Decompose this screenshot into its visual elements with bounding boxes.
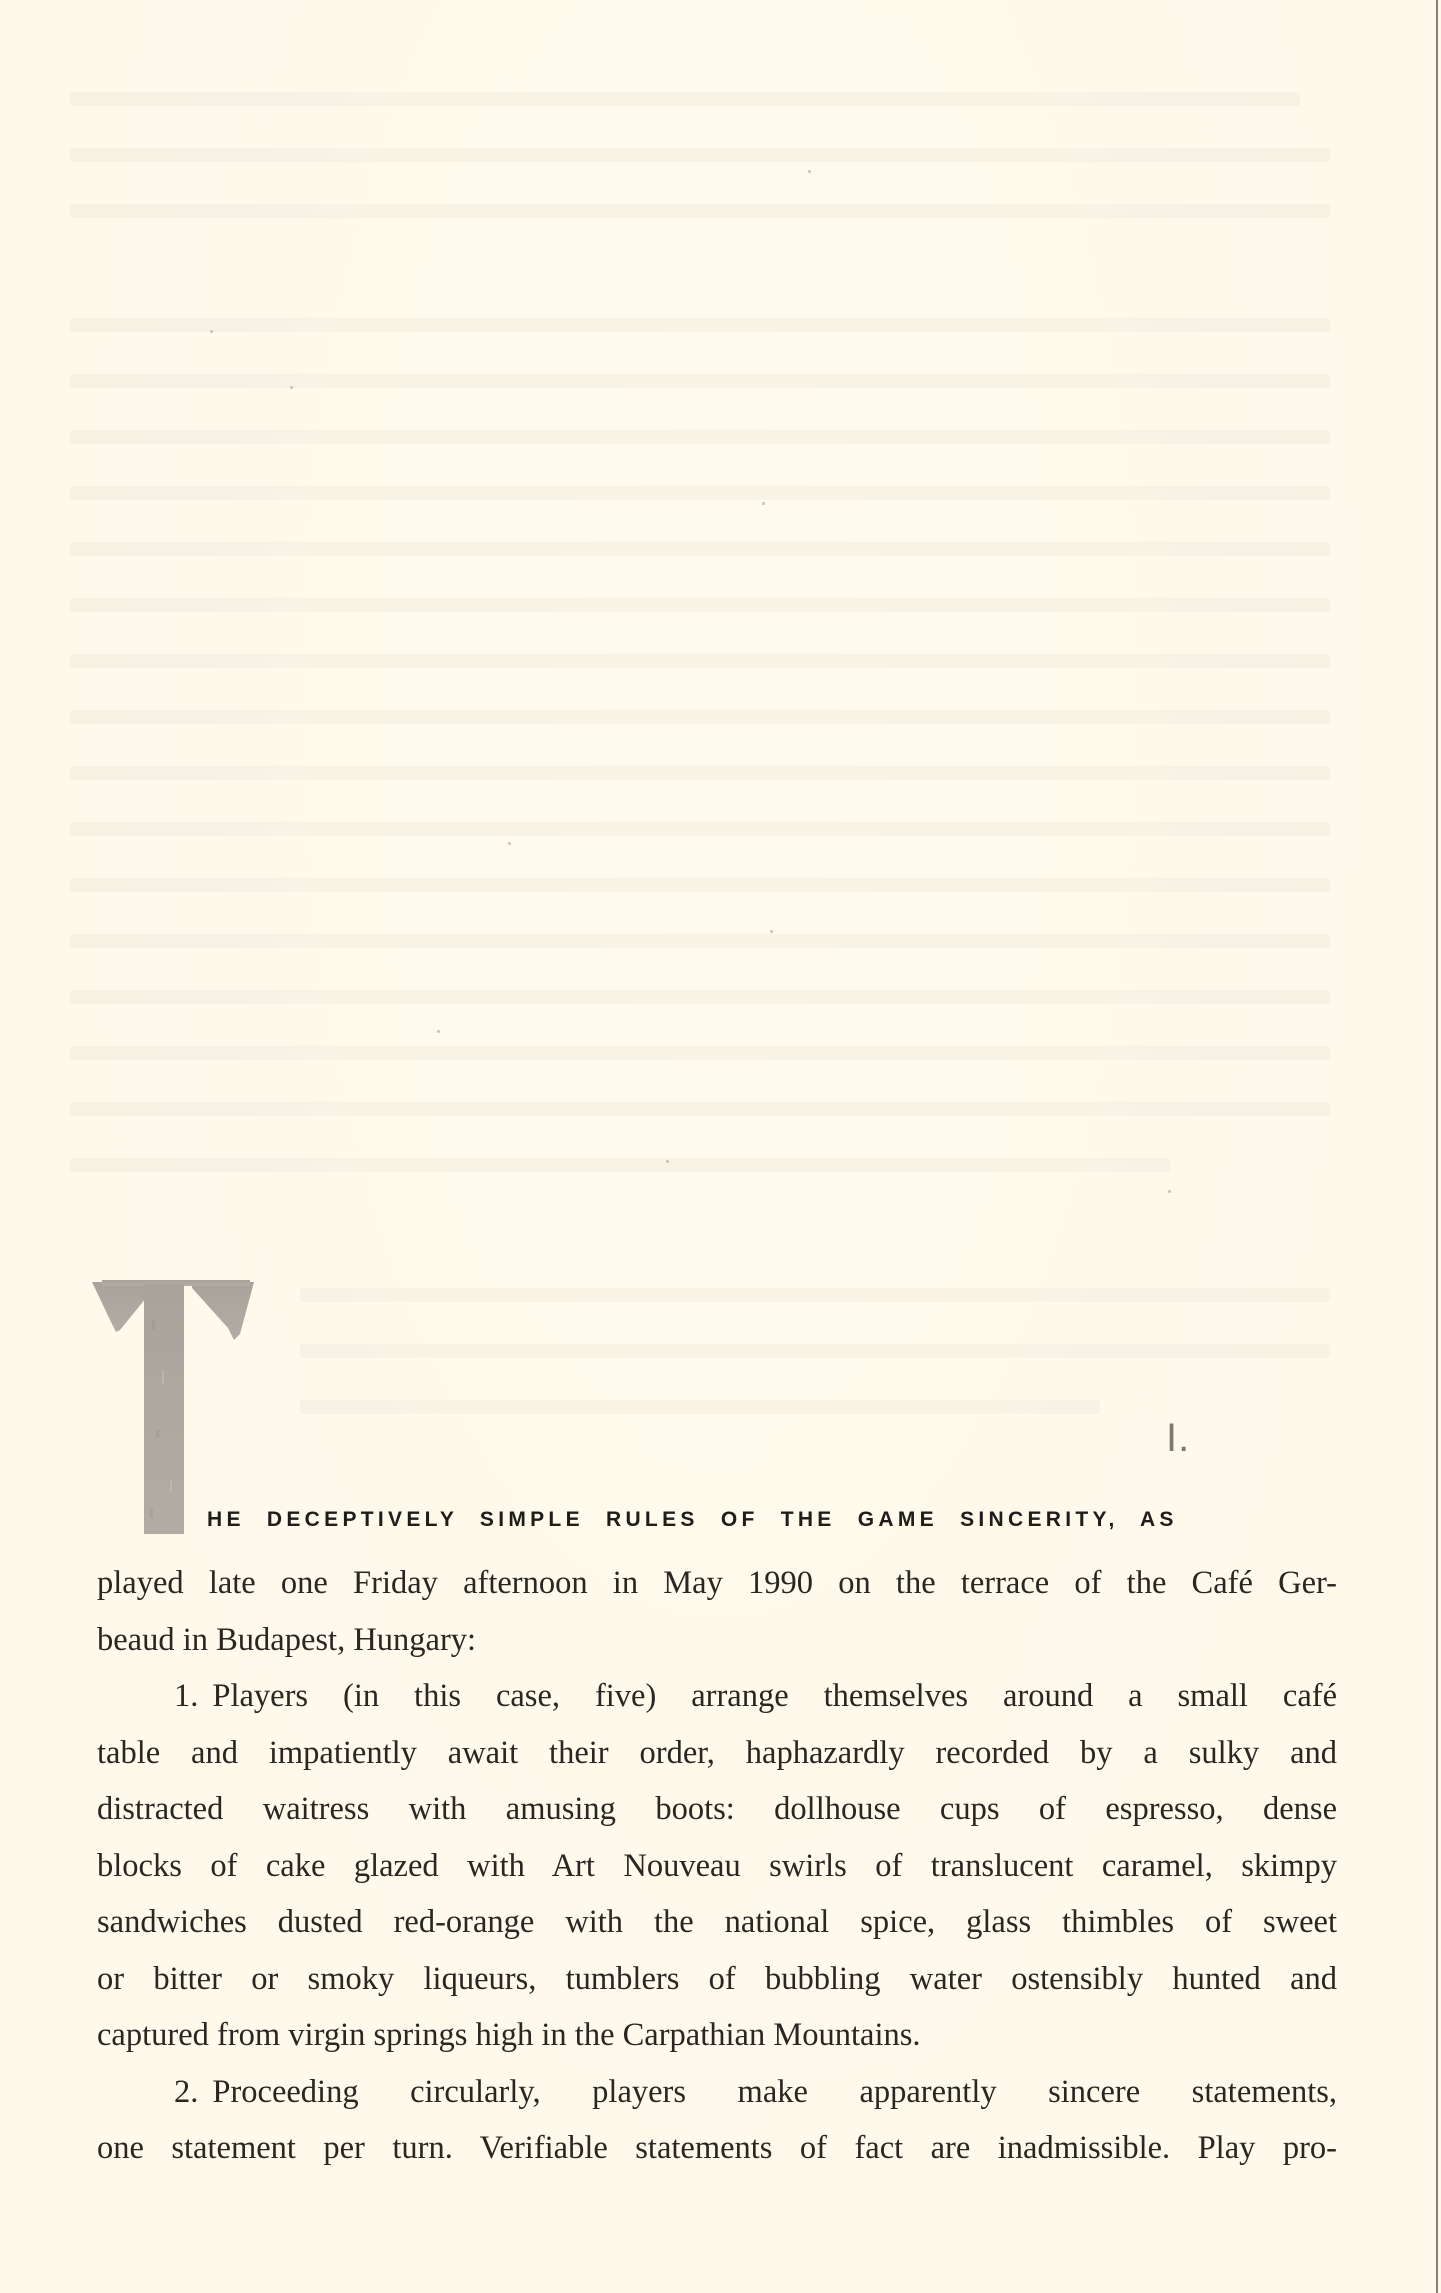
text-line: or bitter or smoky liqueurs, tumblers of…: [97, 1951, 1337, 2008]
bleed-through-line: [70, 766, 1330, 780]
text-line: blocks of cake glazed with Art Nouveau s…: [97, 1838, 1337, 1895]
bleed-through-line: [300, 1288, 1330, 1302]
text-line: played late one Friday afternoon in May …: [97, 1555, 1337, 1612]
body-text: played late one Friday afternoon in May …: [97, 1555, 1337, 2177]
bleed-through-line: [70, 654, 1330, 668]
text-line: table and impatiently await their order,…: [97, 1725, 1337, 1782]
bleed-through-line: [70, 92, 1300, 106]
rule-text: Players (in this case, five) arrange the…: [212, 1678, 1337, 1714]
drop-cap-letter-t-icon: [92, 1280, 254, 1540]
bleed-through-line: [70, 1158, 1170, 1172]
bleed-through-line: [70, 542, 1330, 556]
book-page: I. HE DECEPTIVELY SIMPLE: [0, 0, 1441, 2293]
text-line: captured from virgin springs high in the…: [97, 2007, 1337, 2064]
bleed-through-line: [300, 1344, 1330, 1358]
text-line: distracted waitress with amusing boots: …: [97, 1781, 1337, 1838]
chapter-lead-in: HE DECEPTIVELY SIMPLE RULES OF THE GAME …: [207, 1508, 1338, 1532]
rule-item-2: 2.Proceeding circularly, players make ap…: [97, 2064, 1337, 2177]
scan-speck: [762, 502, 765, 505]
scan-speck: [666, 1160, 669, 1163]
text-line: sandwiches dusted red-orange with the na…: [97, 1894, 1337, 1951]
scan-speck: [770, 930, 773, 933]
bleed-through-line: [70, 934, 1330, 948]
scan-speck: [808, 170, 811, 173]
text-line: beaud in Budapest, Hungary:: [97, 1612, 1337, 1669]
text-line: 1.Players (in this case, five) arrange t…: [97, 1668, 1337, 1725]
rule-number: 2.: [174, 2064, 198, 2121]
scan-speck: [210, 330, 213, 333]
bleed-through-line: [70, 822, 1330, 836]
rule-item-1: 1.Players (in this case, five) arrange t…: [97, 1668, 1337, 2064]
bleed-through-line: [300, 1400, 1100, 1414]
bleed-through-line: [70, 374, 1330, 388]
chapter-numeral: I.: [1166, 1416, 1190, 1461]
text-line: one statement per turn. Verifiable state…: [97, 2120, 1337, 2177]
bleed-through-line: [70, 1046, 1330, 1060]
scan-speck: [508, 842, 511, 845]
intro-paragraph: played late one Friday afternoon in May …: [97, 1555, 1337, 1668]
scan-speck: [1168, 1190, 1171, 1193]
text-line: 2.Proceeding circularly, players make ap…: [97, 2064, 1337, 2121]
bleed-through-line: [70, 878, 1330, 892]
bleed-through-line: [70, 148, 1330, 162]
bleed-through-line: [70, 318, 1330, 332]
scan-speck: [437, 1030, 440, 1033]
bleed-through-line: [70, 204, 1330, 218]
bleed-through-line: [70, 710, 1330, 724]
bleed-through-line: [70, 430, 1330, 444]
drop-cap: [92, 1280, 254, 1540]
bleed-through-line: [70, 1102, 1330, 1116]
rule-text: Proceeding circularly, players make appa…: [212, 2074, 1337, 2110]
scan-speck: [290, 386, 293, 389]
page-edge: [1436, 0, 1438, 2293]
bleed-through-line: [70, 486, 1330, 500]
bleed-through-line: [70, 598, 1330, 612]
bleed-through-line: [70, 990, 1330, 1004]
rule-number: 1.: [174, 1668, 198, 1725]
